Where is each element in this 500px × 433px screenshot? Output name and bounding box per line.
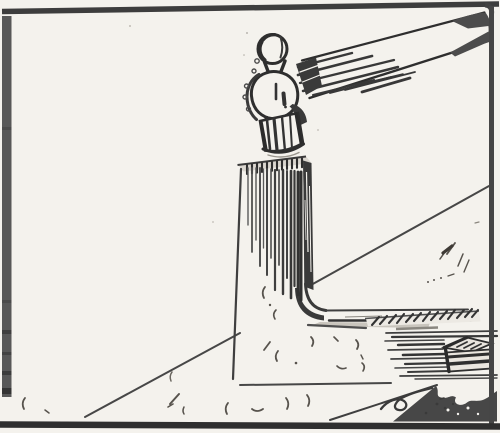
rear-edge-under-line [396, 328, 438, 330]
page-gutter-bar [2, 16, 12, 397]
frame-bottom-rule [0, 425, 500, 427]
hammer-cheek [251, 72, 297, 119]
illustration-page: Hand-drawn manual illustration: a ball-p… [0, 0, 500, 433]
illustration-canvas: Ball-peen hammer tapping the top edge of… [0, 0, 500, 433]
